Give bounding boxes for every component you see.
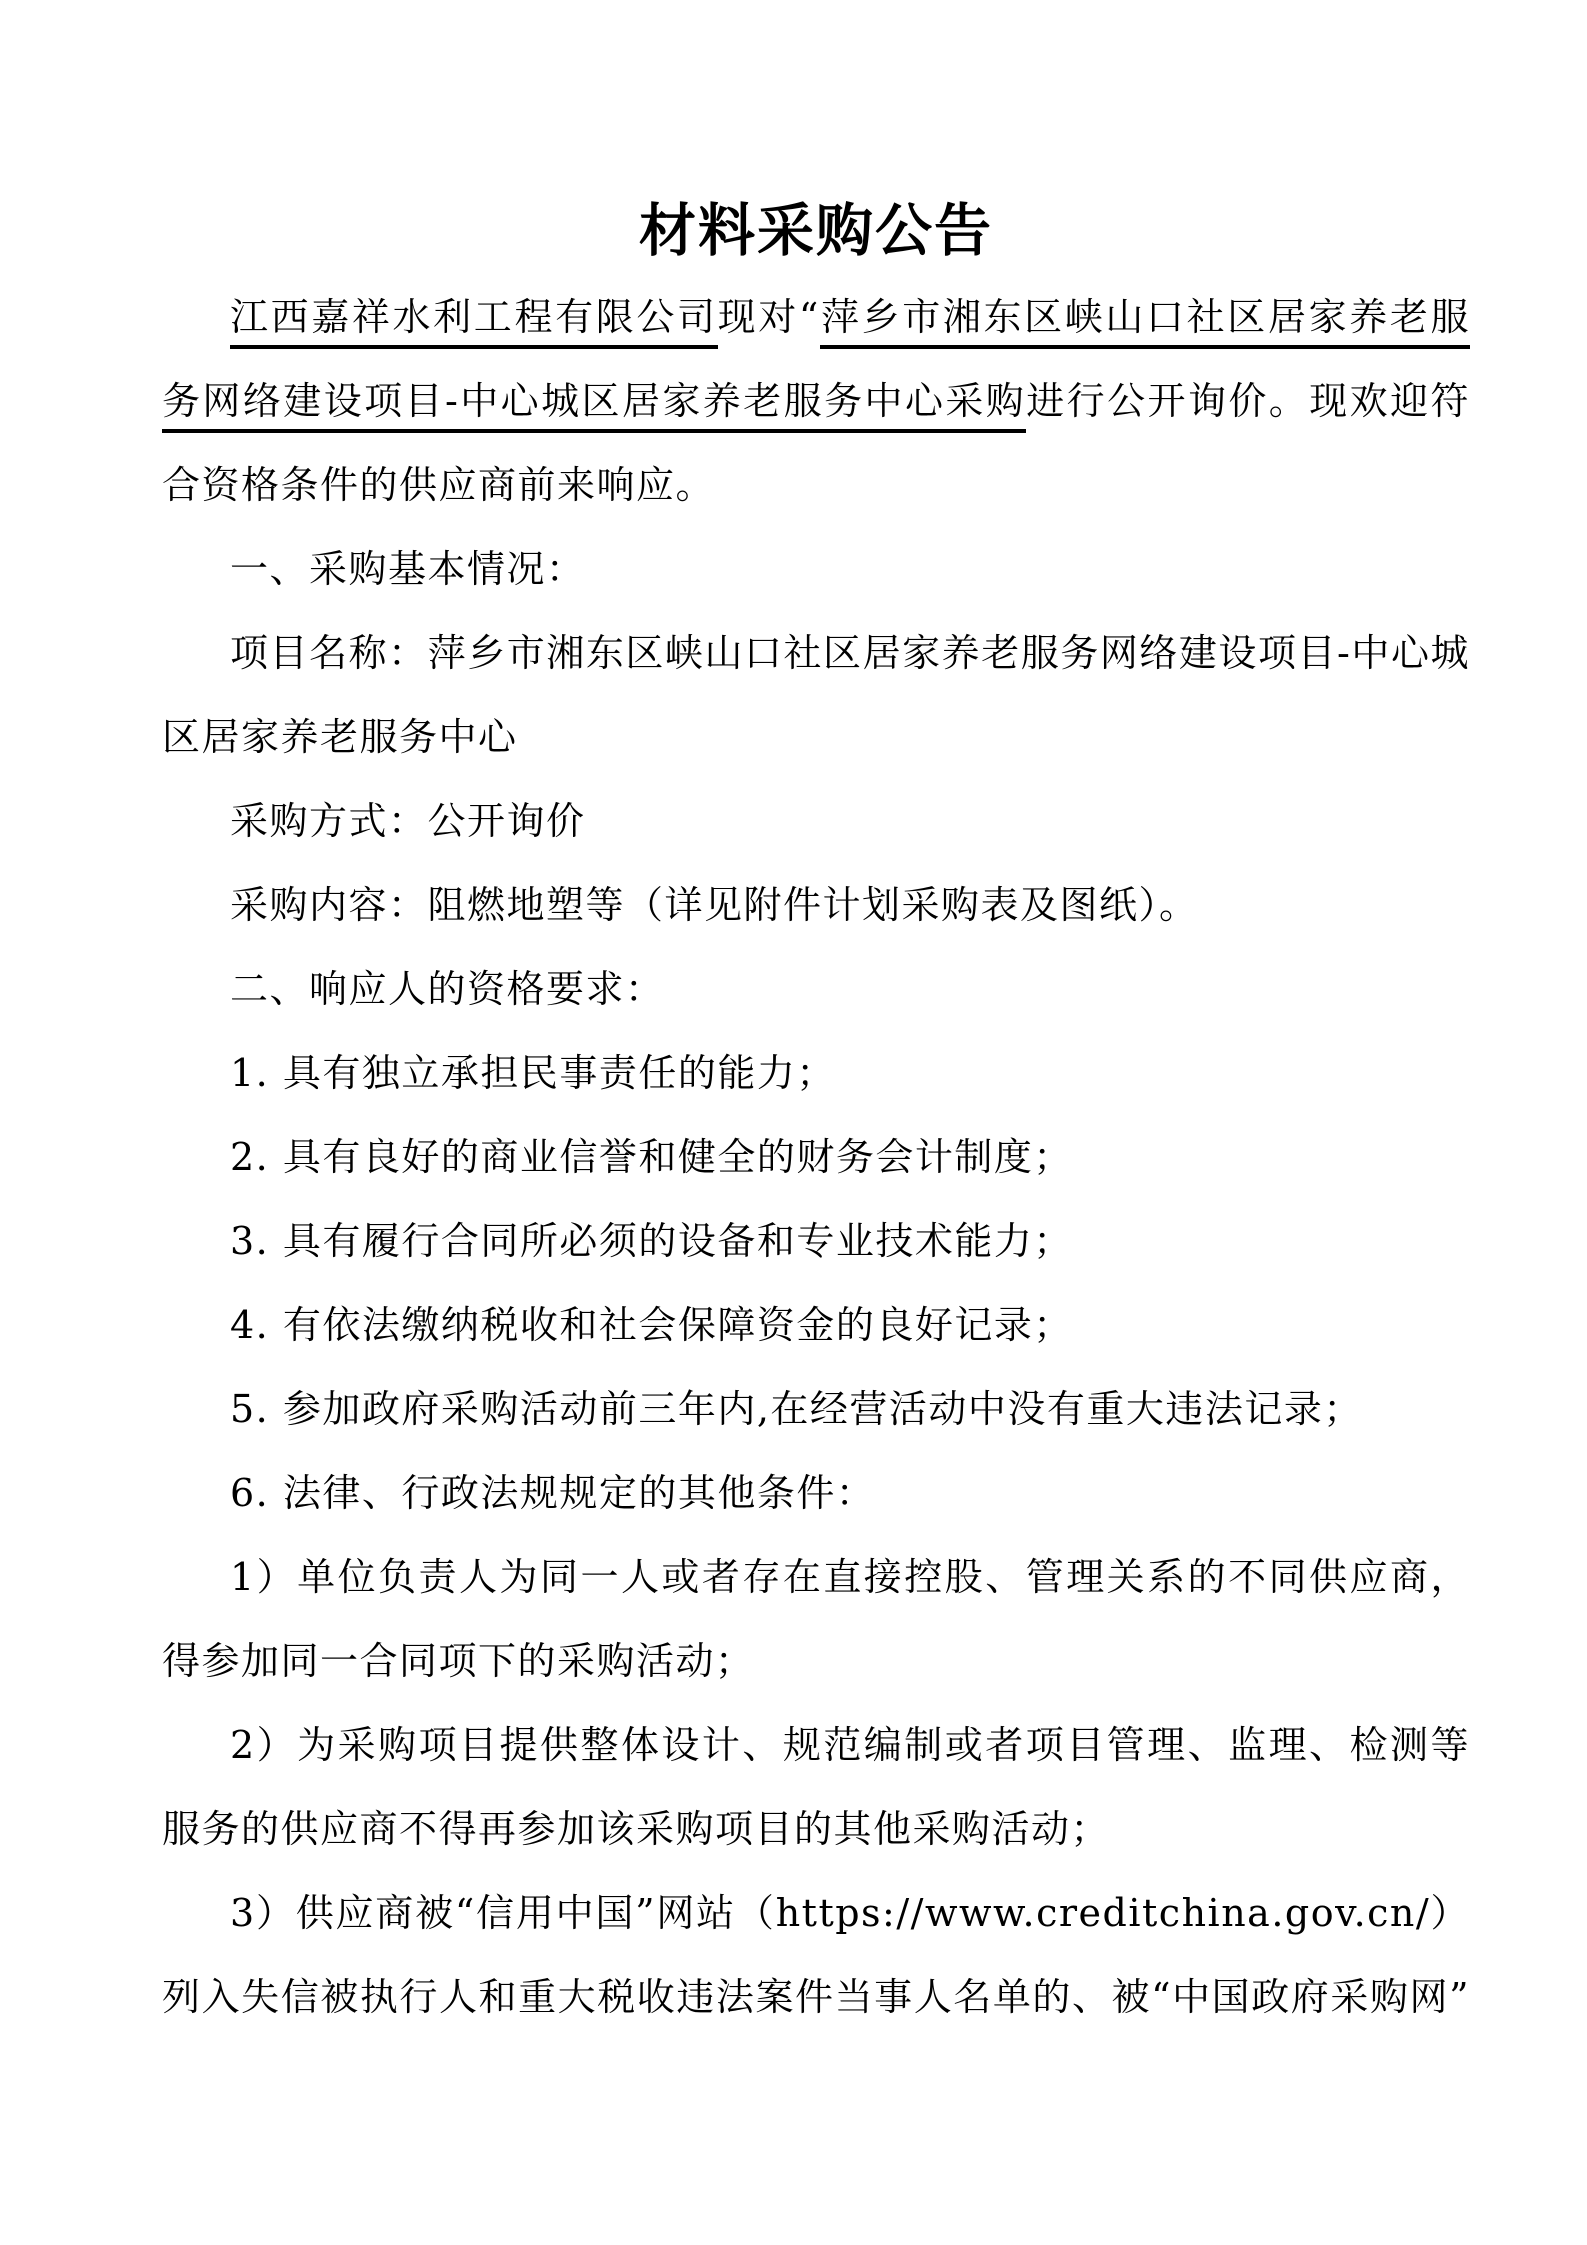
text-run: 合资格条件的供应商前来响应。 bbox=[162, 463, 715, 507]
text-run: 1. 具有独立承担民事责任的能力； bbox=[230, 1051, 836, 1095]
text-run: 2）为采购项目提供整体设计、规范编制或者项目管理、监理、检测等 bbox=[230, 1723, 1470, 1767]
text-run: 5. 参加政府采购活动前三年内,在经营活动中没有重大违法记录； bbox=[230, 1387, 1363, 1431]
document-line: 6. 法律、行政法规规定的其他条件： bbox=[162, 1451, 1470, 1535]
text-run: 4. 有依法缴纳税收和社会保障资金的良好记录； bbox=[230, 1303, 1073, 1347]
text-run: 采购内容：阻燃地塑等（详见附件计划采购表及图纸）。 bbox=[230, 883, 1199, 927]
text-run: 区居家养老服务中心 bbox=[162, 715, 518, 759]
document-line: 4. 有依法缴纳税收和社会保障资金的良好记录； bbox=[162, 1283, 1470, 1367]
text-run: 一、采购基本情况： bbox=[230, 547, 586, 591]
text-run: 2. 具有良好的商业信誉和健全的财务会计制度； bbox=[230, 1135, 1073, 1179]
text-run: 采购方式：公开询价 bbox=[230, 799, 586, 843]
page-title: 材料采购公告 bbox=[162, 186, 1470, 276]
document-lines: 江西嘉祥水利工程有限公司现对“萍乡市湘东区峡山口社区居家养老服务网络建设项目-中… bbox=[162, 275, 1470, 2039]
text-run: 项目名称：萍乡市湘东区峡山口社区居家养老服务网络建设项目-中心城 bbox=[230, 631, 1470, 675]
underlined-text-run: 萍乡市湘东区峡山口社区居家养老服 bbox=[820, 295, 1470, 349]
document-line: 1. 具有独立承担民事责任的能力； bbox=[162, 1031, 1470, 1115]
text-run: 得参加同一合同项下的采购活动； bbox=[162, 1639, 755, 1683]
text-run: 二、响应人的资格要求： bbox=[230, 967, 665, 1011]
document-line: 江西嘉祥水利工程有限公司现对“萍乡市湘东区峡山口社区居家养老服 bbox=[162, 275, 1470, 359]
document-line: 5. 参加政府采购活动前三年内,在经营活动中没有重大违法记录； bbox=[162, 1367, 1470, 1451]
document-line: 列入失信被执行人和重大税收违法案件当事人名单的、被“中国政府采购网” bbox=[162, 1955, 1470, 2039]
document-line: 合资格条件的供应商前来响应。 bbox=[162, 443, 1470, 527]
document-line: 2）为采购项目提供整体设计、规范编制或者项目管理、监理、检测等 bbox=[162, 1703, 1470, 1787]
document-line: 3）供应商被“信用中国”网站（https://www.creditchina.g… bbox=[162, 1871, 1470, 1955]
text-run: 列入失信被执行人和重大税收违法案件当事人名单的、被“中国政府采购网” bbox=[162, 1975, 1470, 2019]
document-line: 服务的供应商不得再参加该采购项目的其他采购活动； bbox=[162, 1787, 1470, 1871]
text-run: 3）供应商被“信用中国”网站（https://www.creditchina.g… bbox=[230, 1891, 1470, 1935]
document-line: 二、响应人的资格要求： bbox=[162, 947, 1470, 1031]
document-line: 区居家养老服务中心 bbox=[162, 695, 1470, 779]
document-line: 得参加同一合同项下的采购活动； bbox=[162, 1619, 1470, 1703]
underlined-text-run: 务网络建设项目-中心城区居家养老服务中心采购 bbox=[162, 379, 1026, 433]
text-run: 3. 具有履行合同所必须的设备和专业技术能力； bbox=[230, 1219, 1073, 1263]
text-run: 进行公开询价。现欢迎符 bbox=[1026, 379, 1470, 423]
text-run: 服务的供应商不得再参加该采购项目的其他采购活动； bbox=[162, 1807, 1110, 1851]
document-line: 1）单位负责人为同一人或者存在直接控股、管理关系的不同供应商，不 bbox=[162, 1535, 1470, 1619]
document-line: 2. 具有良好的商业信誉和健全的财务会计制度； bbox=[162, 1115, 1470, 1199]
document-line: 采购方式：公开询价 bbox=[162, 779, 1470, 863]
document-line: 3. 具有履行合同所必须的设备和专业技术能力； bbox=[162, 1199, 1470, 1283]
document-line: 一、采购基本情况： bbox=[162, 527, 1470, 611]
document-line: 采购内容：阻燃地塑等（详见附件计划采购表及图纸）。 bbox=[162, 863, 1470, 947]
underlined-text-run: 江西嘉祥水利工程有限公司 bbox=[230, 295, 718, 349]
text-run: 6. 法律、行政法规规定的其他条件： bbox=[230, 1471, 875, 1515]
text-run: 1）单位负责人为同一人或者存在直接控股、管理关系的不同供应商，不 bbox=[162, 1555, 1470, 1619]
document-page: 材料采购公告 江西嘉祥水利工程有限公司现对“萍乡市湘东区峡山口社区居家养老服务网… bbox=[0, 0, 1587, 2245]
text-run: 现对“ bbox=[718, 295, 820, 339]
document-line: 项目名称：萍乡市湘东区峡山口社区居家养老服务网络建设项目-中心城 bbox=[162, 611, 1470, 695]
document-line: 务网络建设项目-中心城区居家养老服务中心采购进行公开询价。现欢迎符 bbox=[162, 359, 1470, 443]
